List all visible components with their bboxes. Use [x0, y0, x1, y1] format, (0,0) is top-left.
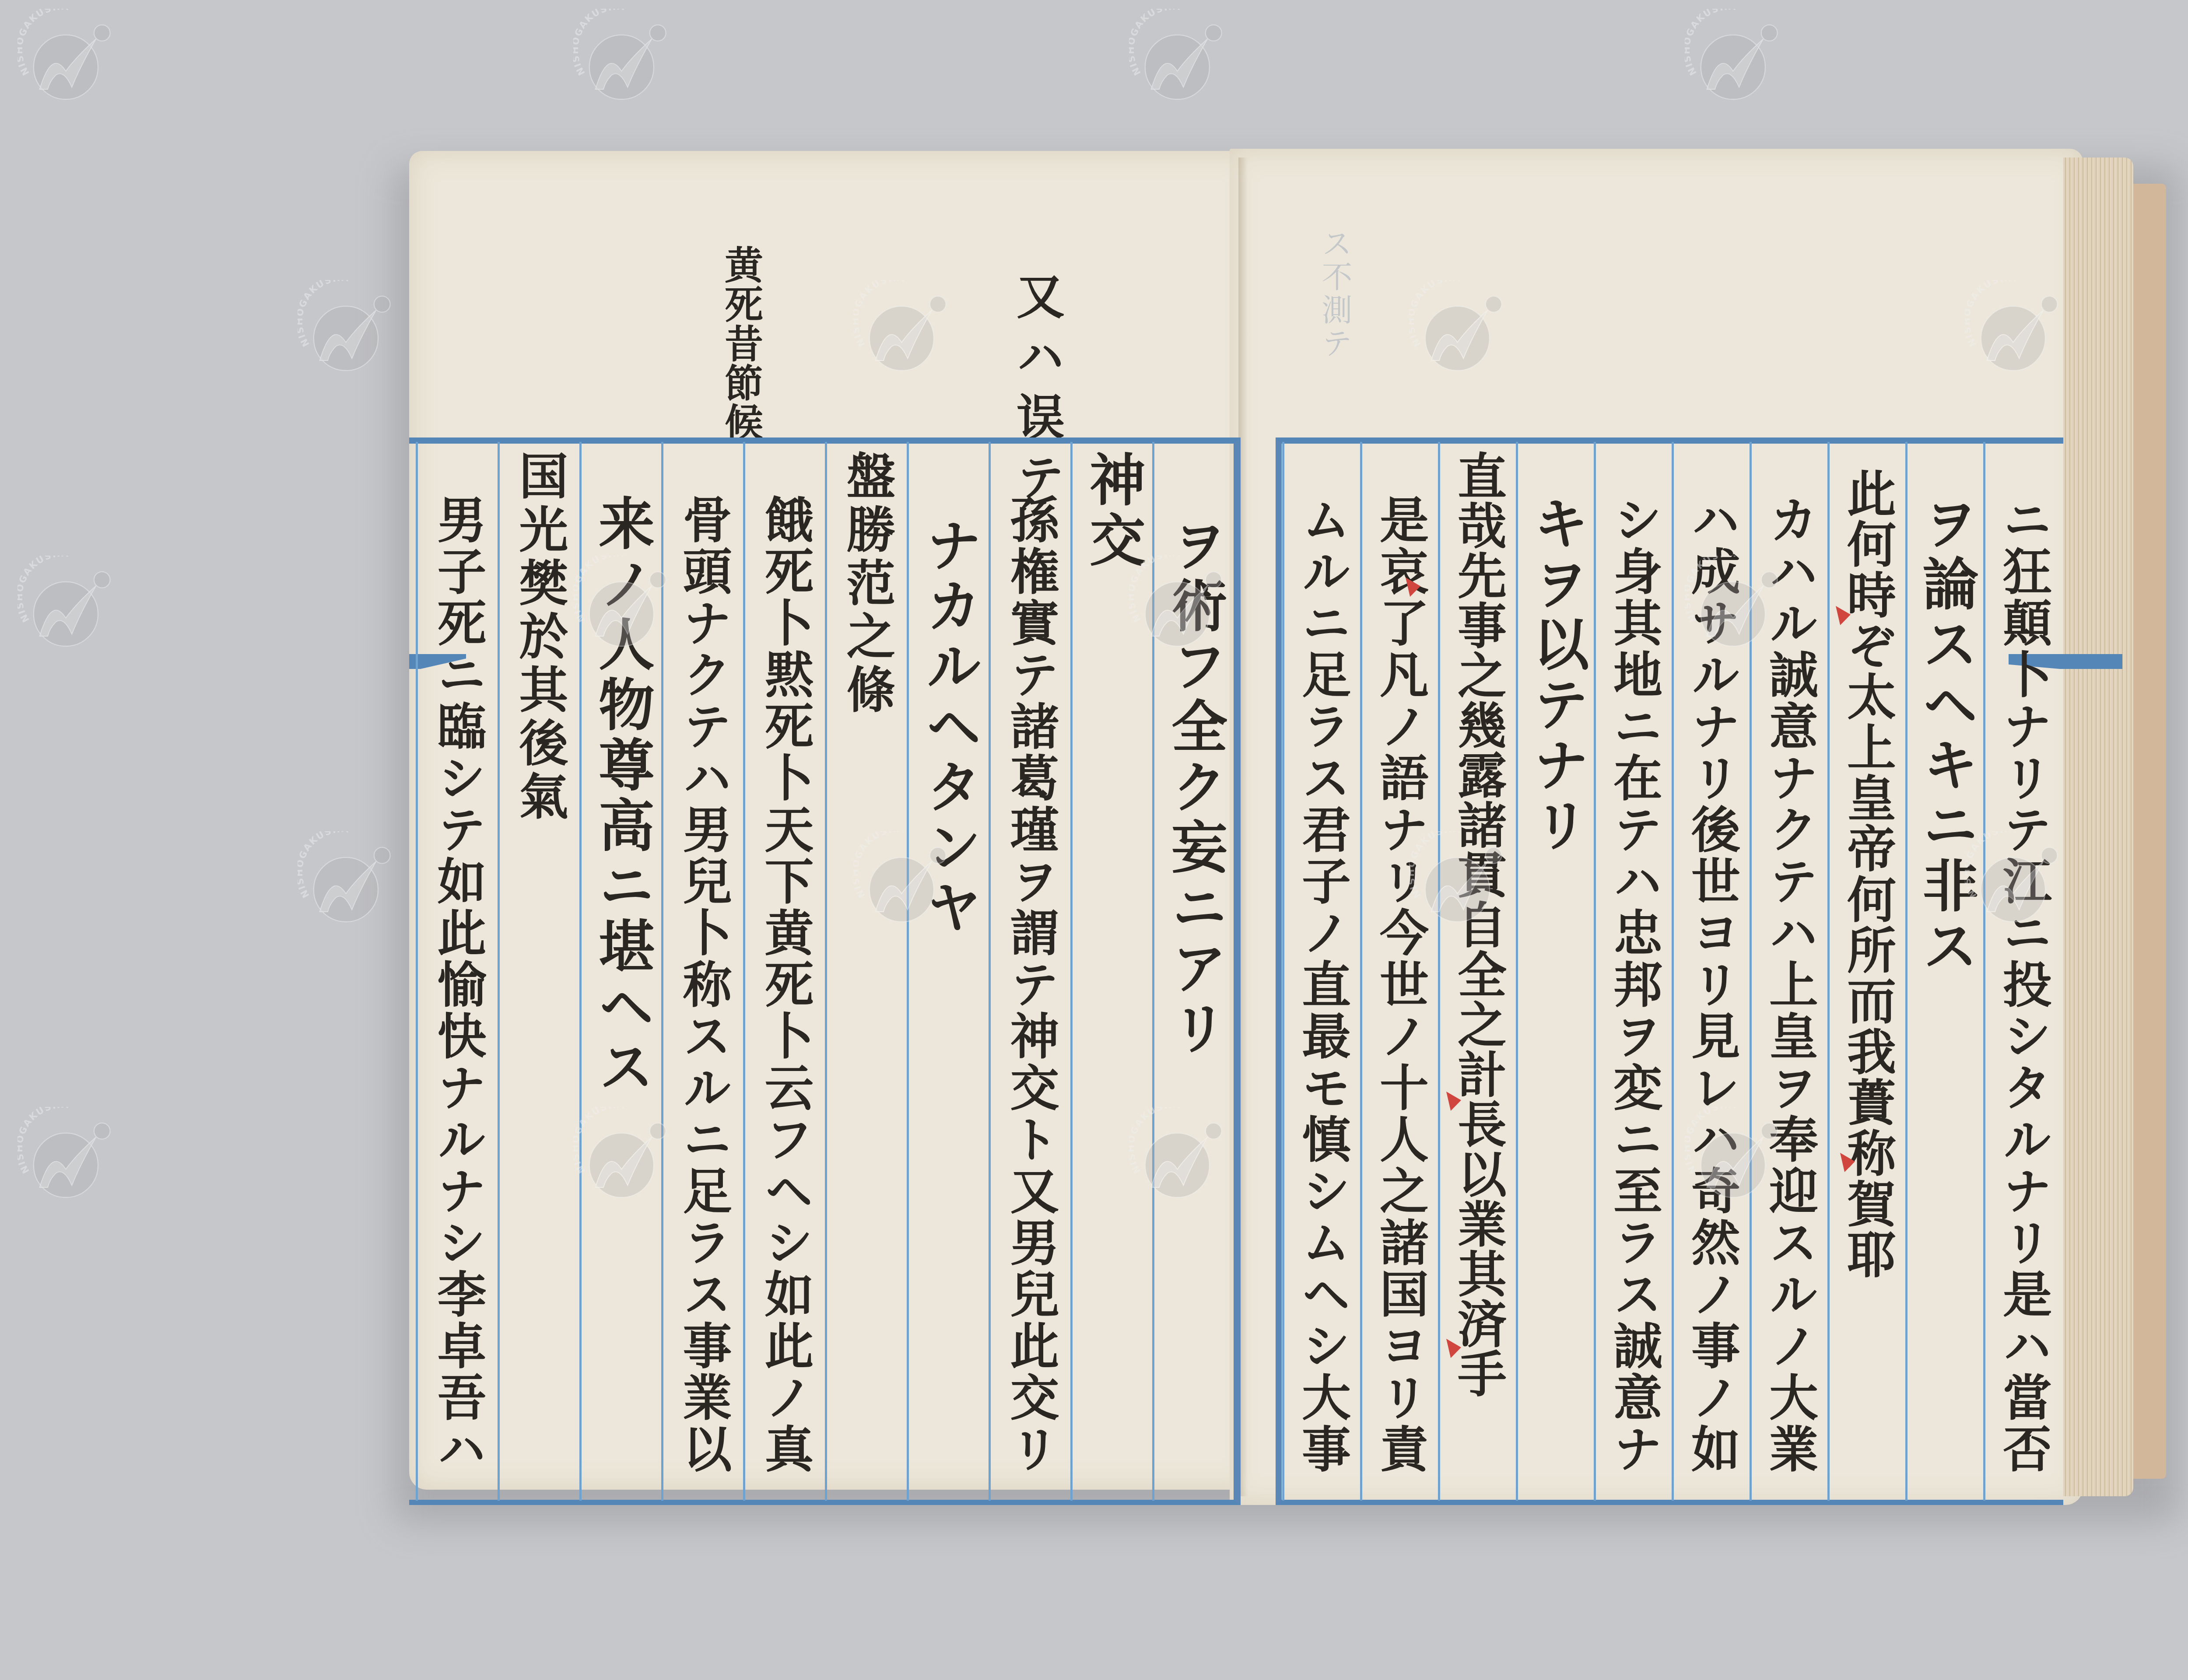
- nishogakusha-logo-icon: NISHOGAKUSHA: [853, 831, 954, 932]
- nishogakusha-logo-icon: NISHOGAKUSHA: [1409, 280, 1510, 381]
- column-text: 男子死ニ臨シテ如此愉快ナルナシ李卓吾ハ: [433, 494, 482, 1475]
- book-cover-edge: [2133, 184, 2166, 1479]
- text-column: 男子死ニ臨シテ如此愉快ナルナシ李卓吾ハ: [416, 442, 498, 1501]
- column-text: 骨頭ナクテハ男兒卜称スルニ足ラス事業以: [679, 494, 728, 1475]
- column-text: シ身其地ニ在テハ忠邦ヲ変ニ至ラス誠意ナ: [1609, 494, 1659, 1475]
- page-edge-stack: [2063, 157, 2133, 1496]
- column-text: 盤勝范之條: [842, 451, 891, 717]
- column-text: 餓死卜黙死卜天下黄死卜云フヘシ如此ノ真: [761, 494, 810, 1475]
- nishogakusha-logo-icon: NISHOGAKUSHA: [1129, 9, 1230, 109]
- column-text: ムルニ足ラス君子ノ直最モ慎シムヘシ大事: [1298, 494, 1347, 1475]
- text-column: キヲ以テナリ: [1516, 442, 1594, 1501]
- text-column: ニ狂顛卜ナリテ江ニ投シタルナリ是ハ當否: [1983, 442, 2061, 1501]
- text-column: 盤勝范之條: [825, 442, 907, 1501]
- text-column: ヲ論スヘキニ非ス: [1905, 442, 1983, 1501]
- nishogakusha-logo-icon: NISHOGAKUSHA: [18, 1107, 118, 1207]
- text-column: 是哀了凡ノ語ナリ今世ノ十人之諸国ヨリ責: [1360, 442, 1438, 1501]
- nishogakusha-logo-icon: NISHOGAKUSHA: [1965, 831, 2065, 932]
- nishogakusha-logo-icon: NISHOGAKUSHA: [1129, 1107, 1230, 1207]
- column-text: 国光樊於其後氣: [515, 451, 564, 824]
- nishogakusha-logo-icon: NISHOGAKUSHA: [1685, 1107, 1785, 1207]
- nishogakusha-logo-icon: NISHOGAKUSHA: [1129, 556, 1230, 656]
- left-page-columns: ヲ術フ全ク妄ニアリ 神交 孫権實テ諸葛瑾ヲ謂テ神交ト又男兒此交リ ナカルヘタンヤ…: [416, 442, 1234, 1501]
- right-page-columns: ニ狂顛卜ナリテ江ニ投シタルナリ是ハ當否 ヲ論スヘキニ非ス 此何時ぞ太上皇帝何所而…: [1282, 442, 2061, 1501]
- column-text: 此何時ぞ太上皇帝何所而我蕢称賀耶: [1843, 468, 1892, 1280]
- nishogakusha-logo-icon: NISHOGAKUSHA: [853, 280, 954, 381]
- text-column: 国光樊於其後氣: [498, 442, 579, 1501]
- column-text: キヲ以テナリ: [1528, 494, 1584, 857]
- nishogakusha-logo-icon: NISHOGAKUSHA: [1685, 9, 1785, 109]
- nishogakusha-logo-icon: NISHOGAKUSHA: [18, 556, 118, 656]
- nishogakusha-logo-icon: NISHOGAKUSHA: [298, 831, 398, 932]
- column-text: 孫権實テ諸葛瑾ヲ謂テ神交ト又男兒此交リ: [1006, 494, 1055, 1475]
- text-column: ムルニ足ラス君子ノ直最モ慎シムヘシ大事: [1282, 442, 1360, 1501]
- nishogakusha-logo-icon: NISHOGAKUSHA: [573, 556, 674, 656]
- nishogakusha-logo-icon: NISHOGAKUSHA: [1685, 556, 1785, 656]
- column-text: 是哀了凡ノ語ナリ今世ノ十人之諸国ヨリ責: [1376, 494, 1425, 1475]
- text-column: シ身其地ニ在テハ忠邦ヲ変ニ至ラス誠意ナ: [1594, 442, 1672, 1501]
- text-column: 孫権實テ諸葛瑾ヲ謂テ神交ト又男兒此交リ: [989, 442, 1070, 1501]
- column-text: 神交: [1084, 451, 1140, 571]
- header-note-2: 黄死昔節候: [713, 245, 768, 442]
- nishogakusha-logo-icon: NISHOGAKUSHA: [1965, 280, 2065, 381]
- text-column: ナカルヘタンヤ: [907, 442, 989, 1501]
- nishogakusha-logo-icon: NISHOGAKUSHA: [573, 1107, 674, 1207]
- nishogakusha-logo-icon: NISHOGAKUSHA: [573, 9, 674, 109]
- nishogakusha-logo-icon: NISHOGAKUSHA: [1409, 831, 1510, 932]
- nishogakusha-logo-icon: NISHOGAKUSHA: [298, 280, 398, 381]
- column-text: ニ狂顛卜ナリテ江ニ投シタルナリ是ハ當否: [1999, 494, 2048, 1475]
- nishogakusha-logo-icon: NISHOGAKUSHA: [18, 9, 118, 109]
- text-column: 餓死卜黙死卜天下黄死卜云フヘシ如此ノ真: [743, 442, 825, 1501]
- faint-header: ス不測テ: [1313, 227, 1357, 360]
- text-column: 此何時ぞ太上皇帝何所而我蕢称賀耶: [1827, 442, 1905, 1501]
